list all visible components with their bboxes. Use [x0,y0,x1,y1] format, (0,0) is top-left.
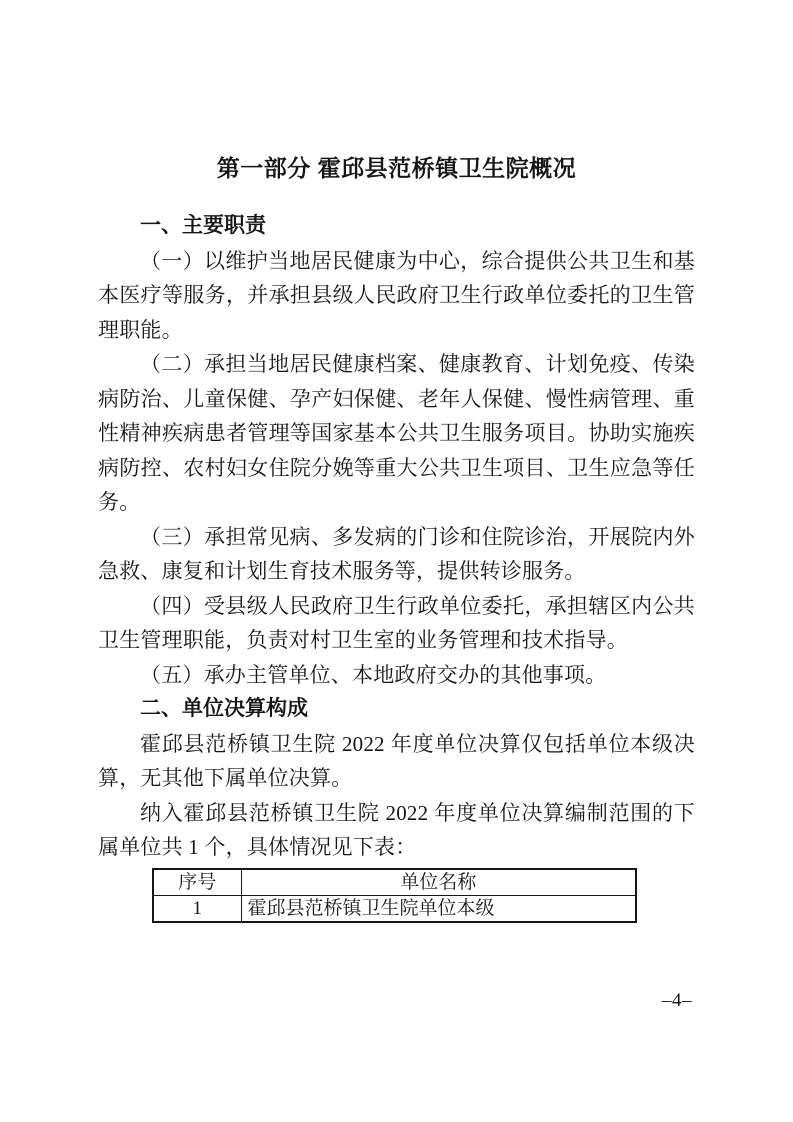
document-content: 第一部分 霍邱县范桥镇卫生院概况 一、主要职责 （一）以维护当地居民健康为中心，… [98,150,695,923]
table-cell-index: 1 [153,895,241,922]
section-heading-main-duties: 一、主要职责 [98,209,695,244]
document-title: 第一部分 霍邱县范桥镇卫生院概况 [98,150,695,186]
paragraph-duty-1: （一）以维护当地居民健康为中心，综合提供公共卫生和基本医疗等服务，并承担县级人民… [98,244,695,348]
page-number: –4– [662,990,692,1012]
subordinate-units-table: 序号 单位名称 1 霍邱县范桥镇卫生院单位本级 [152,868,637,923]
paragraph-subordinate-units-intro: 纳入霍邱县范桥镇卫生院 2022 年度单位决算编制范围的下属单位共 1 个，具体… [98,796,695,865]
table-cell-unit-name: 霍邱县范桥镇卫生院单位本级 [241,895,636,922]
section-heading-budget-composition: 二、单位决算构成 [98,692,695,727]
table-header-row: 序号 单位名称 [153,869,636,896]
paragraph-duty-4: （四）受县级人民政府卫生行政单位委托，承担辖区内公共卫生管理职能，负责对村卫生室… [98,589,695,658]
paragraph-duty-3: （三）承担常见病、多发病的门诊和住院诊治，开展院内外急救、康复和计划生育技术服务… [98,520,695,589]
table-row: 1 霍邱县范桥镇卫生院单位本级 [153,895,636,922]
table-header-unit-name: 单位名称 [241,869,636,896]
paragraph-duty-2: （二）承担当地居民健康档案、健康教育、计划免疫、传染病防治、儿童保健、孕产妇保健… [98,347,695,520]
table-header-index: 序号 [153,869,241,896]
paragraph-budget-scope: 霍邱县范桥镇卫生院 2022 年度单位决算仅包括单位本级决算，无其他下属单位决算… [98,727,695,796]
paragraph-duty-5: （五）承办主管单位、本地政府交办的其他事项。 [98,658,695,693]
